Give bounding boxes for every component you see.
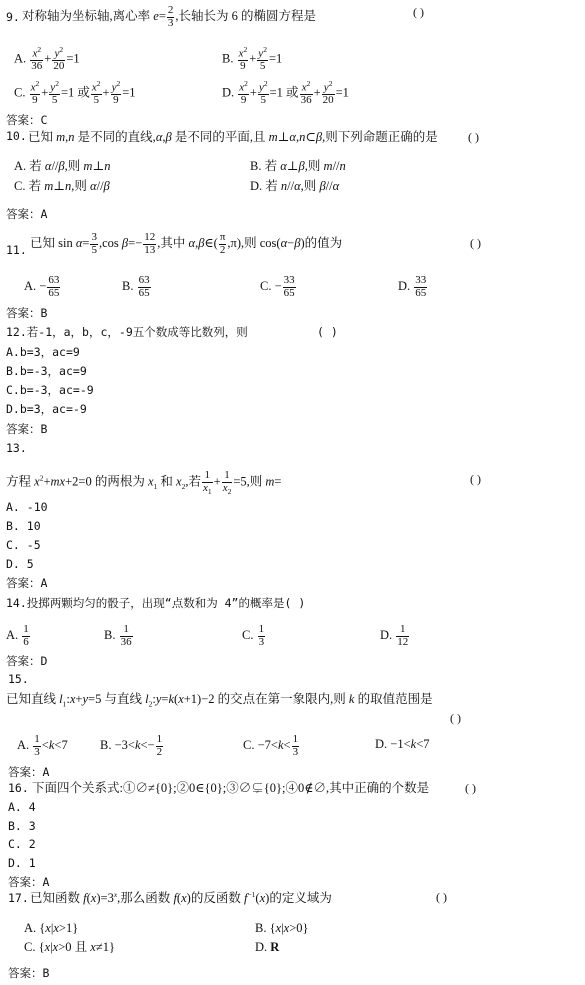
question-stem: 12.若-1，a，b，c，-9五个数成等比数列，则 — [6, 327, 248, 339]
option-a: A. 若 α//β,则 m⊥n — [14, 160, 110, 173]
answer-value: A — [41, 576, 48, 590]
answer-blank: ( ) — [468, 131, 479, 143]
option-b: B. 6365 — [122, 275, 152, 299]
option-c: C. {x|x>0 且 x≠1} — [24, 941, 115, 954]
option-d: D. 5 — [6, 559, 34, 571]
question-stem: 已知函数 f(x)=3x,那么函数 f(x)的反函数 f−1(x)的定义域为 — [30, 891, 332, 905]
question-stem: 下面四个关系式:①∅≠{0};②0∈{0};③∅⊊{0};④0∉∅,其中正确的个… — [32, 782, 429, 795]
option-a: A. 13<k<7 — [17, 734, 68, 758]
answer-blank: ( ) — [413, 6, 424, 18]
option-a: A. x236+y220=1 — [14, 46, 80, 73]
question-stem: 对称轴为坐标轴,离心率 e=23,长轴长为 6 的椭圆方程是 — [22, 5, 316, 29]
question-stem: 已知 sin α=35,cos β=−1213,其中 α,β∈(π2,π),则 … — [30, 232, 342, 256]
answer-value: A — [43, 765, 50, 779]
option-a: A.b=3，ac=9 — [6, 347, 80, 359]
answer-line: 答案：A — [8, 767, 49, 779]
question-number: 13. — [6, 443, 27, 455]
answer-value: A — [41, 207, 48, 221]
question-stem: 已知直线 l1:x+y=5 与直线 l2:y=k(x+1)−2 的交点在第一象限… — [6, 693, 433, 708]
answer-value: B — [43, 966, 50, 980]
question-number: 9. — [6, 12, 20, 24]
question-number: 10. — [6, 131, 27, 143]
option-d: D. 1 — [8, 858, 36, 870]
option-a: A. {x|x>1} — [24, 922, 78, 935]
answer-line: 答案：D — [6, 656, 47, 668]
option-a: A. 4 — [8, 802, 36, 814]
option-b: B. {x|x>0} — [255, 922, 309, 935]
option-b: B. 136 — [104, 624, 134, 648]
answer-value: B — [41, 422, 48, 436]
question-stem: 14.投掷两颗均匀的骰子，出现“点数和为 4”的概率是( ) — [6, 598, 305, 610]
option-b: B. 若 α⊥β,则 m//n — [250, 160, 346, 173]
answer-blank: ( ) — [470, 237, 481, 249]
option-d: D. 3365 — [398, 275, 428, 299]
answer-line: 答案：B — [6, 308, 47, 320]
answer-line: 答案：B — [6, 424, 47, 436]
question-number: 17. — [8, 893, 29, 905]
option-c: C. −3365 — [260, 275, 297, 299]
option-c: C. 若 m⊥n,则 α//β — [14, 180, 110, 193]
option-d: D. 112 — [380, 624, 410, 648]
option-a: A. -10 — [6, 502, 48, 514]
option-c: C. -5 — [6, 540, 41, 552]
question-number: 16. — [8, 783, 29, 795]
option-d: D. R — [255, 941, 279, 954]
answer-blank: ( ) — [436, 891, 447, 903]
answer-line: 答案：C — [6, 115, 47, 127]
option-a: A. 16 — [6, 624, 31, 648]
option-d: D. −1<k<7 — [375, 738, 430, 751]
answer-value: C — [41, 113, 48, 127]
option-c: C.b=-3，ac=-9 — [6, 385, 94, 397]
answer-blank: ( ) — [465, 782, 476, 794]
option-b: B. −3<k<−12 — [100, 734, 164, 758]
option-b: B.b=-3，ac=9 — [6, 366, 87, 378]
answer-line: 答案：A — [6, 209, 47, 221]
answer-blank: ( ) — [450, 712, 461, 724]
answer-value: D — [41, 654, 48, 668]
question-number: 15. — [8, 674, 29, 686]
answer-line: 答案：A — [6, 578, 47, 590]
answer-value: B — [41, 306, 48, 320]
answer-value: A — [43, 875, 50, 889]
answer-line: 答案：A — [8, 877, 49, 889]
option-b: B. x29+y25=1 — [222, 46, 282, 73]
option-c: C. 2 — [8, 839, 36, 851]
answer-blank: ( ) — [470, 473, 481, 485]
option-c: C. 13 — [242, 624, 266, 648]
answer-blank: ( ) — [317, 327, 338, 339]
option-a: A. −6365 — [24, 275, 61, 299]
question-number: 11. — [6, 245, 27, 257]
option-c: C. −7<k<13 — [243, 734, 300, 758]
option-d: D. 若 n//α,则 β//α — [250, 180, 339, 193]
option-b: B. 3 — [8, 821, 36, 833]
option-c: C. x29+y25=1 或x25+y29=1 — [14, 80, 136, 107]
option-d: D.b=3，ac=-9 — [6, 404, 87, 416]
option-b: B. 10 — [6, 521, 41, 533]
option-d: D. x29+y25=1 或x236+y220=1 — [222, 80, 349, 107]
question-stem: 已知 m,n 是不同的直线,α,β 是不同的平面,且 m⊥α,n⊂β,则下列命题… — [28, 131, 438, 144]
answer-line: 答案：B — [8, 968, 49, 980]
question-stem: 方程 x2+mx+2=0 的两根为 x1 和 x2,若1x1+1x2=5,则 m… — [6, 470, 281, 496]
